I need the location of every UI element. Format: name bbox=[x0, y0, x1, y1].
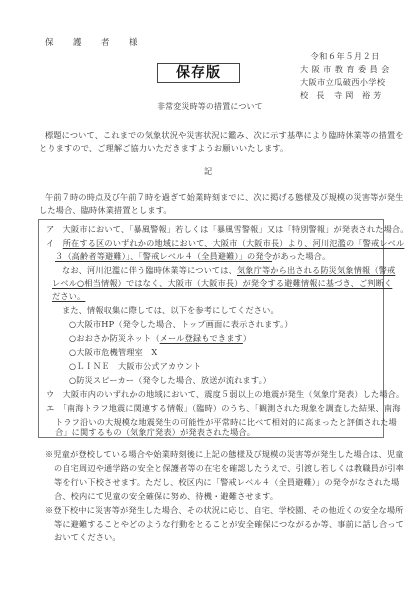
criteria-intro-line-2: した場合、臨時休業措置とします。 bbox=[39, 205, 172, 216]
addressee: 保護者様 bbox=[45, 38, 157, 49]
addressee-char: 様 bbox=[129, 38, 157, 49]
criterion-i-marker: イ bbox=[46, 238, 54, 248]
principal-name: 寺岡 裕芳 bbox=[334, 90, 384, 100]
addressee-char: 者 bbox=[101, 38, 129, 49]
criterion-i-text-1: 所在する区のいずれかの地域において、大阪市（大阪市長）より、河川氾濫の「警戒レベ… bbox=[63, 238, 405, 248]
intro-line-1: 標題について、これまでの気象状況や災害状況に鑑み、次に示す基準により臨時休業等の… bbox=[45, 130, 404, 141]
criteria-intro-line-1: 午前７時の時点及び午前７時を過ぎて始業時刻までに、次に掲げる態様及び規模の災害等… bbox=[45, 192, 404, 203]
criterion-i-line-1: イ 所在する区のいずれかの地域において、大阪市（大阪市長）より、河川氾濫の「警戒… bbox=[46, 238, 404, 249]
principal-role: 校長 bbox=[300, 89, 334, 102]
river-note-line-1: なお、河川氾濫に伴う臨時休業等については、気象庁等から出される防災気象情報（警戒 bbox=[62, 265, 395, 276]
issue-date: 令和６年５月２日 bbox=[300, 50, 380, 63]
info-source-crisis-office-x: ○大阪市危機管理室 X bbox=[69, 347, 157, 358]
criterion-e-line-3: 合」に関するもの（気象庁発表）が発表された場合。 bbox=[55, 427, 255, 438]
issuer-block: 令和６年５月２日 大阪市教育委員会 大阪市立瓜破西小学校 校長寺岡 裕芳 bbox=[300, 50, 380, 102]
info-intro: また、情報収集に際しては、以下を参考にしてください。 bbox=[62, 305, 279, 316]
note-2-line-2: 等に避難することやどのような行動をとることが安全確保につながるか等、事前に話し合… bbox=[54, 519, 404, 530]
principal: 校長寺岡 裕芳 bbox=[300, 89, 380, 102]
note-1-line-2: の自宅周辺や通学路の安全と保護者等の在宅を確認したうえで、引渡し若しくは教職員が… bbox=[54, 463, 404, 474]
intro-line-2: とりますので、ご理解ご協力いただきますようお願いいたします。 bbox=[39, 143, 288, 154]
bosai-net-label: ○おおさか防災ネット（ bbox=[69, 333, 160, 343]
criterion-i-text-2: があった場合。 bbox=[272, 251, 330, 261]
issuer-board: 大阪市教育委員会 bbox=[300, 63, 380, 76]
info-source-speaker: ○防災スピーカー（発令した場合、放送が流れます。） bbox=[69, 375, 271, 386]
criterion-u: ウ 大阪市内のいずれかの地域において、震度５弱以上の地震が発生（気象庁発表）した… bbox=[46, 389, 404, 400]
bosai-net-close: ） bbox=[243, 333, 251, 343]
note-2-line-3: おいてください。 bbox=[54, 532, 121, 543]
info-source-line: ○ＬＩＮＥ 大阪市公式アカウント bbox=[69, 361, 201, 372]
note-1-line-4: 合、校内にて児童の安全確保に努め、待機・避難させます。 bbox=[54, 491, 278, 502]
document-subject: 非常変災時等の措置について bbox=[157, 101, 263, 112]
info-source-osaka-hp: ○大阪市HP（発令した場合、トップ画面に表示されます。） bbox=[69, 319, 293, 330]
bosai-net-mail-note: メール登録もできます bbox=[160, 333, 243, 343]
river-note-line-3: ださい。 bbox=[52, 291, 85, 302]
note-1-line-1: ※児童が登校している場合や始業時刻後に上記の態様及び規模の災害等が発生した場合は… bbox=[45, 449, 404, 460]
criterion-i-text-2u: ３（高齢者等避難）」、「警戒レベル４（全員避難）」の発令 bbox=[55, 251, 272, 261]
note-2-line-1: ※登下校中に災害等が発生した場合、その状況に応じ、自宅、学校園、その他近くの安全… bbox=[45, 505, 404, 516]
keep-copy-stamp: 保存版 bbox=[157, 63, 240, 83]
criterion-e-line-1: エ 「南海トラフ地震に関連する情報」（臨時）のうち、「観測された現象を調査した結… bbox=[46, 403, 401, 414]
issuer-school: 大阪市立瓜破西小学校 bbox=[300, 76, 380, 89]
river-note-line-2: レベル○相当情報）ではなく、大阪市（大阪市長）が発令する避難情報に基づき、ご判断… bbox=[52, 278, 392, 289]
river-note-text-u: 気象庁等から出される防災気象情報（警戒 bbox=[237, 265, 395, 275]
addressee-char: 保 bbox=[45, 38, 73, 49]
info-source-bosai-net: ○おおさか防災ネット（メール登録もできます） bbox=[69, 333, 251, 344]
criterion-i-line-2: ３（高齢者等避難）」、「警戒レベル４（全員避難）」の発令があった場合。 bbox=[55, 251, 330, 262]
record-mark: 記 bbox=[204, 166, 212, 177]
addressee-char: 護 bbox=[73, 38, 101, 49]
river-note-text: なお、河川氾濫に伴う臨時休業等については、 bbox=[62, 265, 237, 275]
note-1-line-3: 等を行い下校させます。ただし、校区内に「警戒レベル４（全員避難）」の発令がなされ… bbox=[54, 477, 399, 488]
criterion-a: ア 大阪市において、「暴風警報」若しくは「暴風雪警報」又は「特別警報」が発表され… bbox=[46, 224, 409, 235]
